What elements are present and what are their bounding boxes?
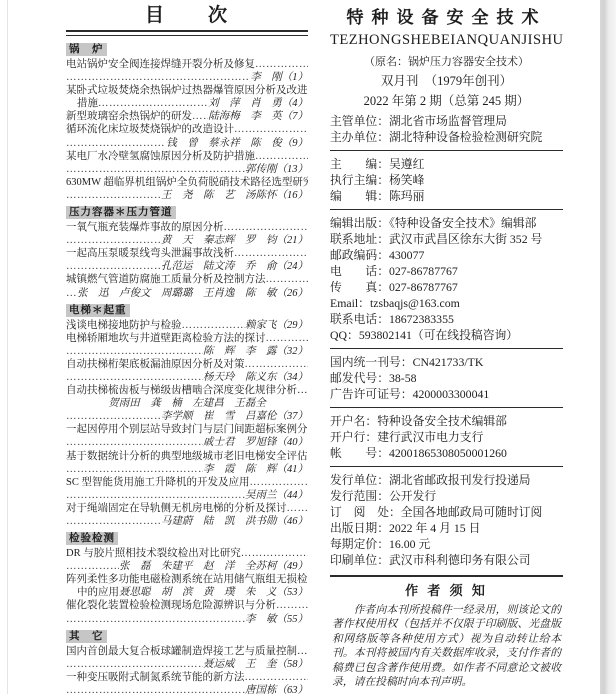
toc-entry-line: 城镇燃气管道防腐施工质量分析及控制方法…………………………………………………………	[66, 273, 308, 286]
page-left-edge-line	[7, 0, 8, 694]
dot-leader: ……………………………………………………………………………………………………………	[66, 463, 203, 476]
toc-entry-title: 电梯轿厢地坎与井道壁距离检验方法的探讨	[66, 332, 266, 345]
toc-section: 其 它国内首创最大复合板球罐制造焊接工艺与质量控制…………………………………………	[66, 626, 308, 694]
toc-entry-authors-page: 钱 曾 蔡永祥 陈 俊（9）	[166, 137, 308, 150]
toc-entry-authors-page: 张 迅 卢俊文 周璐璐 王肖逸 陈 敏（26）	[77, 287, 308, 300]
dot-leader: ……………………………………………………………………………………………………………	[66, 515, 161, 528]
toc-entry-line: 一种变压吸附式制氮系统节能的新方法………………………………………………………………	[66, 671, 308, 684]
dot-leader: ……………………………………………………………………………………………………………	[192, 110, 208, 123]
toc-entry-title: 一起因停用个别层站导致封门与层门间距超标案例分析	[66, 423, 308, 436]
toc-entry-title: 浅谈电梯接地防护与检验	[66, 319, 182, 332]
author-notice-title: 作 者 须 知	[332, 581, 561, 601]
toc-section: 检验检测DR 与胶片照相技术裂纹检出对比研究 ………………………………………………	[66, 528, 308, 626]
toc-section-header: 锅 炉	[66, 43, 107, 56]
dot-leader: ……………………………………………………………………………………………………………	[66, 234, 161, 247]
toc-entry-title: DR 与胶片照相技术裂纹检出对比研究	[66, 547, 241, 560]
masthead-block: 发行单位：湖北省邮政报刊发行投递局发行范围：公开发行订 阅 处：全国各地邮政局可…	[330, 472, 563, 568]
toc-entry-authors-page: 聂运威 王 奎（58）	[203, 658, 308, 671]
toc-entry-title: 自动扶梯梳齿板与梯级齿槽啮合深度变化规律分析……	[66, 384, 308, 397]
toc-entry-title: 某电厂水冷壁氢腐蚀原因分析及防护措施	[66, 150, 255, 163]
masthead-divider-rule	[330, 209, 563, 210]
masthead-line: 发行单位：湖北省邮政报刊发行投递局	[330, 472, 563, 488]
toc-entry-line: 电梯轿厢地坎与井道壁距离检验方法的探讨…………………………………………………………	[66, 332, 308, 345]
toc-entry-authors-page: 赖家飞（29）	[245, 319, 308, 332]
masthead-line: 帐 号：42001865308050001260	[330, 445, 563, 461]
masthead-line: 每期定价：16.00 元	[330, 536, 563, 552]
author-notice-box: 作 者 须 知 作者向本刊所投稿件一经录用，则该论文的著作权使用权（包括并不仅限…	[330, 575, 563, 694]
toc-entry-authors-page: 孔范运 陆文涛 乔 俞（24）	[161, 260, 308, 273]
toc-entry-title: 循环流化床垃圾焚烧锅炉的改造设计	[66, 123, 234, 136]
toc-entry-line: 浅谈电梯接地防护与检验………………………………………………………………………………	[66, 319, 308, 332]
masthead-block: 开户名：特种设备安全技术编辑部开户行：建行武汉市电力支行帐 号：42001865…	[330, 413, 563, 461]
dot-leader: ……………………………………………………………………………………………………………	[287, 502, 309, 515]
dot-leader: ……………………………………………………………………………………………………………	[98, 97, 208, 110]
dot-leader: ……………………………………………………………………………………………………………	[66, 260, 161, 273]
dot-leader: ……………………………………………………………………………………………………………	[66, 71, 250, 84]
toc-entry-line: ……………………………………………………………………………………………………………	[66, 371, 308, 384]
toc-entry-title: 新型玻璃窑余热锅炉的研发	[66, 110, 192, 123]
toc-entry-line: DR 与胶片照相技术裂纹检出对比研究 …………………………………………………………	[66, 547, 308, 560]
masthead-line: 编 辑：陈玛丽	[330, 188, 563, 204]
masthead-line: QQ：593802141（可在线投稿咨询）	[330, 327, 563, 343]
dot-leader: ……………………………………………………………………………………………………………	[66, 287, 77, 300]
toc-entry-authors-page: 杨天玲 陈义东（34）	[203, 371, 308, 384]
toc-entry-line: ……………………………………………………………………………………………………………	[66, 260, 308, 273]
toc-entry-line: 自动扶梯梳齿板与梯级齿槽啮合深度变化规律分析……	[66, 384, 308, 397]
toc-entry-line: 国内首创最大复合板球罐制造焊接工艺与质量控制……	[66, 645, 308, 658]
journal-issue-info: 2022 年第 2 期（总第 245 期）	[330, 91, 563, 111]
masthead-line: 国内统一刊号：CN421733/TK	[330, 354, 563, 370]
toc-entry-authors-page: 贺雨田 龚 楠 左建昌 王磊全	[108, 397, 266, 410]
toc-entry-line: ……………………………………………………………………………………………………………	[66, 463, 308, 476]
toc-entry-line: 一氧气瓶充装爆炸事故的原因分析……………………………………………………………………	[66, 221, 308, 234]
toc-entry-line: ……………………………………………………………………………………………………………	[66, 684, 308, 694]
toc-entry-line: 对于绳端固定在导轨侧无机房电梯的分析及探讨……………………………………………………	[66, 502, 308, 515]
masthead-block: 编辑出版：《特种设备安全技术》编辑部联系地址：武汉市武昌区徐东大街 352 号邮…	[330, 215, 563, 343]
toc-entry-line: ……………………………………………………………………………………………………………	[66, 436, 308, 449]
masthead-line: 开户行：建行武汉市电力支行	[330, 429, 563, 445]
toc-entry-line: ……………………………………………………………………………………………………………	[66, 410, 308, 423]
dot-leader: ……………………………………………………………………………………………………………	[234, 123, 308, 136]
toc-entry-line: ……………………………………………………………………………………………………………	[66, 189, 308, 202]
masthead-line: 主办单位：湖北特种设备检验检测研究院	[330, 129, 563, 145]
masthead-line: 发行范围：公开发行	[330, 488, 563, 504]
toc-entry-authors-page: 王 尧 陈 艺 汤陈怀（16）	[161, 189, 308, 202]
toc-entry-line: ……………………………………………………………………………………………………………	[66, 137, 308, 150]
toc-section: 电梯＊起重浅谈电梯接地防护与检验…………………………………………………………………	[66, 300, 308, 529]
journal-title: 特种设备安全技术	[330, 6, 563, 30]
toc-entry-line: 某电厂水冷壁氢腐蚀原因分析及防护措施……………………………………………………………	[66, 150, 308, 163]
journal-former-name: （原名：锅炉压力容器安全技术）	[330, 53, 563, 71]
masthead-line: 编辑出版：《特种设备安全技术》编辑部	[330, 215, 563, 231]
masthead-divider-rule	[330, 466, 563, 467]
toc-entry-line: ……………………………………………………………………………………………………………	[66, 71, 308, 84]
toc-entry-title: 国内首创最大复合板球罐制造焊接工艺与质量控制……	[66, 645, 308, 658]
dot-leader: ……………………………………………………………………………………………………………	[66, 560, 119, 573]
toc-entry-authors-page: 李 刚（1）	[250, 71, 308, 84]
masthead-line: 邮政编码：430077	[330, 247, 563, 263]
dot-leader: ……………………………………………………………………………………………………………	[245, 671, 309, 684]
toc-entry-authors-page: 陆海梅 李 英（7）	[208, 110, 308, 123]
masthead-line: 订 阅 处：全国各地邮政局可随时订阅	[330, 504, 563, 520]
toc-section: 锅 炉电站锅炉安全阀连接焊缝开裂分析及修复……………………………………………………	[66, 39, 308, 202]
dot-leader: ……………………………………………………………………………………………………………	[266, 332, 309, 345]
masthead-line: 开户名：特种设备安全技术编辑部	[330, 413, 563, 429]
toc-entry-line: ……………………………………………………………………………………………………………	[66, 287, 308, 300]
masthead-line: 联系地址：武汉市武昌区徐东大街 352 号	[330, 231, 563, 247]
masthead-line: 电 话：027-86787767	[330, 263, 563, 279]
toc-entry-line: 自动扶梯桁架底板漏油原因分析及对策………………………………………………………………	[66, 358, 308, 371]
toc-section: 压力容器＊压力管道一氧气瓶充装爆炸事故的原因分析……………………………………………	[66, 202, 308, 300]
masthead-divider-rule	[330, 150, 563, 151]
dot-leader: ……………………………………………………………………………………………………………	[276, 599, 308, 612]
masthead-divider-rule	[330, 407, 563, 408]
toc-title: 目 次	[66, 4, 308, 28]
toc-entry-line: 某卧式垃圾焚烧余热锅炉过热器爆管原因分析及改进	[66, 84, 308, 97]
toc-section-header: 检验检测	[66, 532, 118, 545]
dot-leader: ……………………………………………………………………………………………………………	[66, 436, 203, 449]
toc-entry-line: 阵列柔性多功能电磁检测系统在站用储气瓶组无损检测	[66, 573, 308, 586]
dot-leader: ……………………………………………………………………………………………………………	[241, 547, 308, 560]
dot-leader: ……………………………………………………………………………………………………………	[66, 371, 203, 384]
dot-leader: ……………………………………………………………………………………………………………	[66, 489, 245, 502]
toc-entry-line: ……………………………………………………………………………………………………………	[66, 234, 308, 247]
toc-entry-title: 措施	[77, 97, 98, 110]
toc-entry-authors-page: 吴雨兰（44）	[245, 489, 308, 502]
toc-entry-line: 一起高压泵暖泵线弯头泄漏事故浅析…………………………………………………………………	[66, 247, 308, 260]
masthead-line: 广告许可证号：4200003300041	[330, 386, 563, 402]
author-notice-text: 作者向本刊所投稿件一经录用，则该论文的著作权使用权（包括并不仅限于印刷版、光盘版…	[332, 603, 561, 689]
toc-entry-title: 中的应用	[77, 586, 119, 599]
toc-entry-line: 电站锅炉安全阀连接焊缝开裂分析及修复……………………………………………………………	[66, 58, 308, 71]
masthead-line: 印刷单位：武汉市科利德印务有限公司	[330, 552, 563, 568]
masthead-line: 主 编：吴遵红	[330, 156, 563, 172]
journal-title-pinyin: TEZHONGSHEBEIANQUANJISHU	[330, 30, 563, 51]
toc-entry-authors-page: 聂思聪 胡 滨 黄 璞 朱 义（53）	[119, 586, 308, 599]
dot-leader: ……………………………………………………………………………………………………………	[66, 189, 161, 202]
toc-entry-line: ……………………………………………………………………………………………………………	[66, 489, 308, 502]
toc-entry-line: ……………………………………………………………………………………………………………	[66, 560, 308, 573]
toc-entry-authors-page: 李 敏（55）	[245, 613, 308, 626]
masthead-line: 主管单位：湖北省市场监督管理局	[330, 113, 563, 129]
toc-entry-line: 贺雨田 龚 楠 左建昌 王磊全	[66, 397, 308, 410]
dot-leader: ……………………………………………………………………………………………………………	[66, 684, 245, 694]
masthead-block: 主管单位：湖北省市场监督管理局主办单位：湖北特种设备检验检测研究院	[330, 113, 563, 145]
journal-contents-page: { "colors": { "text": "#1c1c1c", "sectio…	[0, 0, 616, 694]
dot-leader: ……………………………………………………………………………………………………………	[249, 476, 308, 489]
toc-entry-title: 某卧式垃圾焚烧余热锅炉过热器爆管原因分析及改进	[66, 84, 308, 97]
toc-section-header: 压力容器＊压力管道	[66, 206, 176, 219]
dot-leader: ……………………………………………………………………………………………………………	[182, 319, 246, 332]
toc-entry-authors-page: 马建蔚 陆 凯 洪书勋（46）	[161, 515, 308, 528]
masthead-line: 联系电话：18672383355	[330, 311, 563, 327]
toc-entry-line: 基于数据统计分析的典型地级城市老旧电梯安全评估	[66, 450, 308, 463]
toc-entry-title: SC 型智能货用施工升降机的开发及应用	[66, 476, 249, 489]
toc-entry-line: ……………………………………………………………………………………………………………	[66, 345, 308, 358]
toc-entry-line: 新型玻璃窑余热锅炉的研发……………………………………………………………………………	[66, 110, 308, 123]
toc-entry-line: 一起因停用个别层站导致封门与层门间距超标案例分析	[66, 423, 308, 436]
toc-entry-authors-page: 黄 天 秦志辉 罗 钧（21）	[161, 234, 308, 247]
toc-entry-line: SC 型智能货用施工升降机的开发及应用 ………………………………………………………	[66, 476, 308, 489]
toc-entry-title: 催化裂化装置检验检测现场危险源辨识与分析	[66, 599, 276, 612]
dot-leader: ……………………………………………………………………………………………………………	[66, 345, 203, 358]
dot-leader: ……………………………………………………………………………………………………………	[66, 137, 166, 150]
toc-title-rule	[66, 30, 308, 36]
toc-entry-line: 催化裂化装置检验检测现场危险源辨识与分析………………………………………………………	[66, 599, 308, 612]
toc-entry-authors-page: 李学顺 崔 雪 吕嘉伦（37）	[161, 410, 308, 423]
toc-entry-line: ……………………………………………………………………………………………………………	[66, 613, 308, 626]
toc-entry-line: 630MW 超临界机组锅炉全负荷脱硝技术路径选型研究	[66, 176, 308, 189]
page-right-edge-shadow	[600, 0, 616, 694]
masthead-divider-rule	[330, 348, 563, 349]
dot-leader: ……………………………………………………………………………………………………………	[266, 273, 309, 286]
toc-entry-line: ……………………………………………………………………………………………………………	[66, 658, 308, 671]
toc-entry-title: 阵列柔性多功能电磁检测系统在站用储气瓶组无损检测	[66, 573, 308, 586]
masthead-line: 传 真：027-86787767	[330, 279, 563, 295]
dot-leader: ……………………………………………………………………………………………………………	[234, 247, 308, 260]
toc-entry-authors-page: 郭传刚（13）	[245, 163, 308, 176]
masthead-line: 执行主编：杨笑峰	[330, 172, 563, 188]
dot-leader: ……………………………………………………………………………………………………………	[66, 658, 203, 671]
masthead-line: Email：tzsbaqjs@163.com	[330, 295, 563, 311]
toc-entry-authors-page: 张 磊 朱建平 赵 洋 全苏柯（49）	[119, 560, 308, 573]
toc-column: 目 次 锅 炉电站锅炉安全阀连接焊缝开裂分析及修复…………………………………………	[66, 4, 308, 694]
toc-section-header: 其 它	[66, 630, 107, 643]
toc-entry-line: 中的应用…………………………………………………………………………………………………	[66, 586, 308, 599]
masthead-block: 国内统一刊号：CN421733/TK邮发代号：38-58广告许可证号：42000…	[330, 354, 563, 402]
toc-entry-line: 循环流化床垃圾焚烧锅炉的改造设计…………………………………………………………………	[66, 123, 308, 136]
journal-frequency: 双月刊 （1979年创刊）	[330, 71, 563, 91]
toc-entry-authors-page: 戚士君 罗旭锋（40）	[203, 436, 308, 449]
toc-entry-authors-page: 唐国栋（63）	[245, 684, 308, 694]
toc-entry-line: ……………………………………………………………………………………………………………	[66, 163, 308, 176]
toc-entry-title: 一氧气瓶充装爆炸事故的原因分析	[66, 221, 224, 234]
toc-entry-title: 电站锅炉安全阀连接焊缝开裂分析及修复	[66, 58, 255, 71]
toc-entry-title: 一起高压泵暖泵线弯头泄漏事故浅析	[66, 247, 234, 260]
toc-entry-authors-page: 李 霞 陈 辉（41）	[203, 463, 308, 476]
masthead-column: 特种设备安全技术 TEZHONGSHEBEIANQUANJISHU （原名：锅炉…	[330, 6, 563, 694]
dot-leader: ……………………………………………………………………………………………………………	[66, 163, 245, 176]
toc-entry-title: 对于绳端固定在导轨侧无机房电梯的分析及探讨	[66, 502, 287, 515]
toc-entry-title: 一种变压吸附式制氮系统节能的新方法	[66, 671, 245, 684]
dot-leader: ……………………………………………………………………………………………………………	[66, 410, 161, 423]
dot-leader: ……………………………………………………………………………………………………………	[66, 613, 245, 626]
masthead-block: 主 编：吴遵红执行主编：杨笑峰编 辑：陈玛丽	[330, 156, 563, 204]
toc-entry-line: ……………………………………………………………………………………………………………	[66, 515, 308, 528]
toc-entry-authors-page: 刘 萍 肖 勇（4）	[208, 97, 308, 110]
dot-leader: ……………………………………………………………………………………………………………	[245, 358, 309, 371]
toc-entry-title: 630MW 超临界机组锅炉全负荷脱硝技术路径选型研究	[66, 176, 308, 189]
toc-entry-title: 基于数据统计分析的典型地级城市老旧电梯安全评估	[66, 450, 308, 463]
toc-entry-authors-page: 陈 辉 李 露（32）	[203, 345, 308, 358]
toc-sections: 锅 炉电站锅炉安全阀连接焊缝开裂分析及修复……………………………………………………	[66, 39, 308, 694]
toc-section-header: 电梯＊起重	[66, 304, 130, 317]
toc-entry-title: 城镇燃气管道防腐施工质量分析及控制方法	[66, 273, 266, 286]
masthead-line: 邮发代号：38-58	[330, 370, 563, 386]
masthead-blocks: 主管单位：湖北省市场监督管理局主办单位：湖北特种设备检验检测研究院主 编：吴遵红…	[330, 113, 563, 568]
toc-entry-line: 措施………………………………………………………………………………………………………	[66, 97, 308, 110]
dot-leader: ……………………………………………………………………………………………………………	[255, 150, 308, 163]
dot-leader: ……………………………………………………………………………………………………………	[224, 221, 309, 234]
toc-entry-title: 自动扶梯桁架底板漏油原因分析及对策	[66, 358, 245, 371]
masthead-line: 出版日期：2022 年 4 月 15 日	[330, 520, 563, 536]
dot-leader: ……………………………………………………………………………………………………………	[255, 58, 308, 71]
